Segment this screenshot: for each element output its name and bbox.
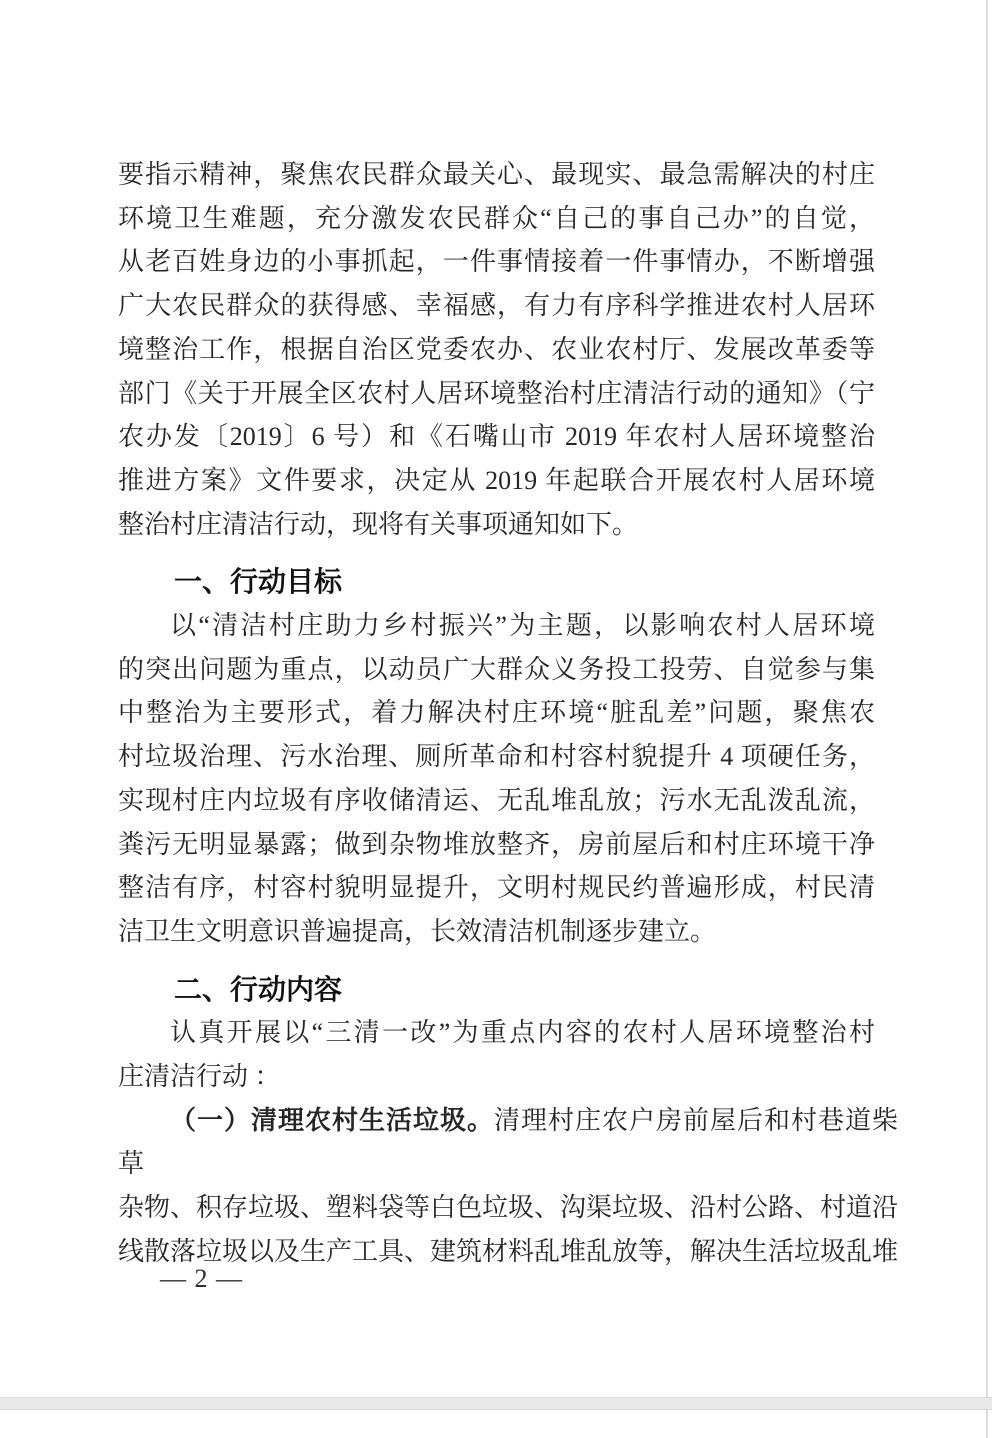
body-line: 环境卫生难题，充分激发农民群众“自己的事自己办”的自觉，	[118, 197, 875, 241]
body-line: 整洁有序，村容村貌明显提升，文明村规民约普遍形成，村民清	[118, 866, 875, 910]
body-line: 中整治为主要形式，着力解决村庄环境“脏乱差”问题，聚焦农	[118, 691, 875, 735]
paragraph-3: 认真开展以“三清一改”为重点内容的农村人居环境整治村 庄清洁行动 ：	[118, 1011, 875, 1098]
body-line: 农办发〔2019〕6 号）和《石嘴山市 2019 年农村人居环境整治	[118, 415, 875, 459]
body-line: 村垃圾治理、污水治理、厕所革命和村容村貌提升 4 项硬任务，	[118, 735, 875, 779]
paragraph-2: 以“清洁村庄助力乡村振兴”为主题，以影响农村人居环境 的突出问题为重点，以动员广…	[118, 604, 875, 954]
page-gap-separator	[0, 1397, 992, 1410]
section-heading-1: 一、行动目标	[118, 560, 875, 604]
body-line: 推进方案》文件要求，决定从 2019 年起联合开展农村人居环境	[118, 459, 875, 503]
document-page: 要指示精神，聚焦农民群众最关心、最现实、最急需解决的村庄 环境卫生难题，充分激发…	[0, 0, 992, 1438]
body-line: 境整治工作，根据自治区党委农办、农业农村厅、发展改革委等	[118, 328, 875, 372]
page-number: — 2 —	[160, 1264, 243, 1294]
body-line: 要指示精神，聚焦农民群众最关心、最现实、最急需解决的村庄	[118, 153, 875, 197]
body-line: 杂物、积存垃圾、塑料袋等白色垃圾、沟渠垃圾、沿村公路、村道沿	[118, 1186, 898, 1230]
document-body: 要指示精神，聚焦农民群众最关心、最现实、最急需解决的村庄 环境卫生难题，充分激发…	[118, 153, 875, 1274]
body-line: 的突出问题为重点，以动员广大群众义务投工投劳、自觉参与集	[118, 648, 875, 692]
body-line: 粪污无明显暴露；做到杂物堆放整齐，房前屋后和村庄环境干净	[118, 823, 875, 867]
paragraph-4: （一）清理农村生活垃圾。清理村庄农户房前屋后和村巷道柴草 杂物、积存垃圾、塑料袋…	[118, 1099, 898, 1274]
section-heading-2: 二、行动内容	[118, 968, 875, 1012]
body-line: 部门《关于开展全区农村人居环境整治村庄清洁行动的通知》（宁	[118, 372, 875, 416]
item-1-lead-bold: （一）清理农村生活垃圾。	[170, 1106, 494, 1135]
body-line: 洁卫生文明意识普遍提高，长效清洁机制逐步建立。	[118, 910, 875, 954]
page-edge-line	[986, 0, 988, 1438]
body-line: 整治村庄清洁行动，现将有关事项通知如下。	[118, 503, 875, 547]
body-line: 实现村庄内垃圾有序收储清运、无乱堆乱放；污水无乱泼乱流，	[118, 779, 875, 823]
paragraph-1: 要指示精神，聚焦农民群众最关心、最现实、最急需解决的村庄 环境卫生难题，充分激发…	[118, 153, 875, 546]
body-line: （一）清理农村生活垃圾。清理村庄农户房前屋后和村巷道柴草	[118, 1099, 898, 1186]
body-line: 以“清洁村庄助力乡村振兴”为主题，以影响农村人居环境	[118, 604, 875, 648]
body-line: 广大农民群众的获得感、幸福感，有力有序科学推进农村人居环	[118, 284, 875, 328]
body-line: 认真开展以“三清一改”为重点内容的农村人居环境整治村	[118, 1011, 875, 1055]
body-line: 从老百姓身边的小事抓起，一件事情接着一件事情办，不断增强	[118, 240, 875, 284]
body-line: 庄清洁行动 ：	[118, 1055, 875, 1099]
